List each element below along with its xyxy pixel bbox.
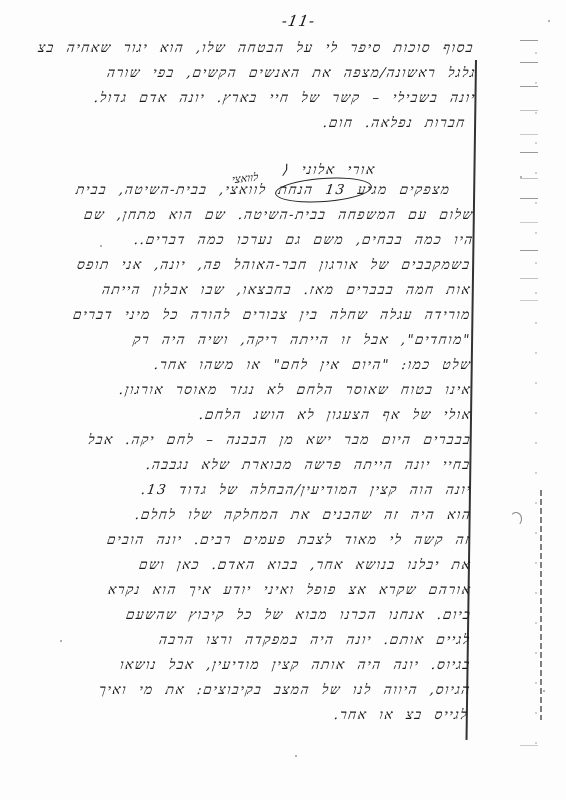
paragraph2-line-7: "מוחדים", אבל זו הייתה ריקה, ושיה היה רק bbox=[132, 332, 472, 348]
scan-speck bbox=[548, 20, 550, 22]
paragraph2-line-19: לגיים אותם. יונה היה במפקדה ורצו הרבה bbox=[158, 632, 472, 648]
scan-speck bbox=[60, 640, 62, 642]
paragraph1-line-4: חברות נפלאה. חום. bbox=[322, 115, 467, 131]
scan-artifact-dash bbox=[520, 134, 538, 135]
scan-artifact-arc bbox=[510, 512, 522, 526]
scan-artifact-dash bbox=[520, 745, 538, 746]
paragraph2-line-5: אות חמה בבברים מאז. בחבצאו, שבו אבלון הי… bbox=[101, 282, 472, 298]
scan-artifact-dash bbox=[520, 300, 538, 301]
scan-speck bbox=[100, 245, 102, 247]
scan-artifact-dash bbox=[520, 250, 538, 251]
paragraph1-line-1: בסוף סוכות סיפר לי על הבטחה שלו, הוא יגו… bbox=[37, 40, 475, 56]
scan-artifact-column bbox=[535, 40, 537, 760]
paragraph2-line-9: אינו בטוח שאוסר הלחם לא נגזר מאוסר אורגו… bbox=[118, 382, 472, 398]
scan-artifact-line bbox=[540, 490, 542, 720]
paragraph2-line-3: היו כמה בבחים, משם גם נערכו כמה דברים.. bbox=[133, 232, 475, 248]
scan-artifact-dash bbox=[520, 62, 538, 63]
paragraph2-line-2: שלום עם המשפחה בבית-השיטה. שם הוא מתחן, … bbox=[83, 207, 475, 223]
scan-artifact-dash bbox=[520, 152, 538, 153]
scan-artifact-dash bbox=[520, 110, 538, 111]
paragraph2-line-8: שלט כמו: "היום אין לחם" או משהו אחר. bbox=[153, 357, 473, 373]
scan-artifact-dash bbox=[520, 86, 538, 87]
paragraph2-line-22: לגייס בצ או אחר. bbox=[333, 707, 469, 723]
paragraph2-line-20: בגיוס. יונה היה אותה קצין מודיעין, אבל נ… bbox=[119, 657, 472, 673]
paragraph1-line-3: יונה בשבילי – קשר של חיי בארץ. יונה אדם … bbox=[93, 90, 477, 106]
paragraph1-line-2: גלגל ראשונה/מצפה את האנשים הקשים, בפי שו… bbox=[106, 65, 477, 81]
paragraph2-line-16: את יבלנו בנושא אחר, בבוא האדם. כאן ושם bbox=[138, 557, 472, 573]
paragraph2-line-18: כיום. אנחנו הכרנו מבוא של כל קיבוץ שהשעם bbox=[125, 607, 473, 623]
paragraph2-line-10: אולי של אף הצעגון לא הושג הלחם. bbox=[197, 407, 472, 423]
scan-speck bbox=[295, 755, 297, 757]
scan-speck bbox=[520, 176, 522, 178]
paragraph2-line-14: הוא היה זה שהבנים את המחלקה שלו לחלם. bbox=[133, 507, 472, 523]
paragraph2-line-13: יונה הוה קצין המודיעין/הבחלה של גדוד 13. bbox=[139, 482, 472, 498]
scan-artifact-dash bbox=[520, 40, 538, 41]
paragraph2-line-6: מורידה עגלה שחלה בין צבורים להורה כל מינ… bbox=[72, 307, 472, 323]
scan-speck bbox=[543, 690, 545, 692]
scan-artifact-dash bbox=[520, 178, 538, 179]
paragraph2-line-21: הגיוס, היווה לנו של המצב בקיבוצים: את מי… bbox=[98, 682, 472, 698]
paragraph2-line-17: אורהם שקרא אצ פופל ואיני יודע איך הוא נק… bbox=[107, 582, 473, 598]
paragraph2-line-15: זה קשה לי מאוד לצבת פעמים רבים. יונה הוב… bbox=[106, 532, 472, 548]
scan-artifact-dash bbox=[520, 222, 538, 223]
paragraph2-line-4: בשמקבבים של אורגון חבר-האוהל פה, יונה, א… bbox=[76, 257, 472, 273]
paragraph2-line-11: בבברים היום מבר ישא מן הבבנה – לחם יקה. … bbox=[87, 432, 472, 448]
scan-artifact-dash bbox=[520, 198, 538, 199]
scan-artifact-dash bbox=[520, 278, 538, 279]
paragraph2-line-12: בחיי יונה הייתה פרשה מבוארת שלא נגבבה. bbox=[145, 457, 472, 473]
document-page: -11- בסוף סוכות סיפר לי על הבטחה שלו, הו… bbox=[0, 0, 566, 800]
paragraph2-heading: אורי אלוני ⟨ bbox=[282, 162, 377, 178]
paragraph2-line-1: מצפקים מגיע 13 הנחת לוואצי, בבית-השיטה, … bbox=[75, 182, 452, 198]
page-number: -11- bbox=[280, 12, 316, 30]
